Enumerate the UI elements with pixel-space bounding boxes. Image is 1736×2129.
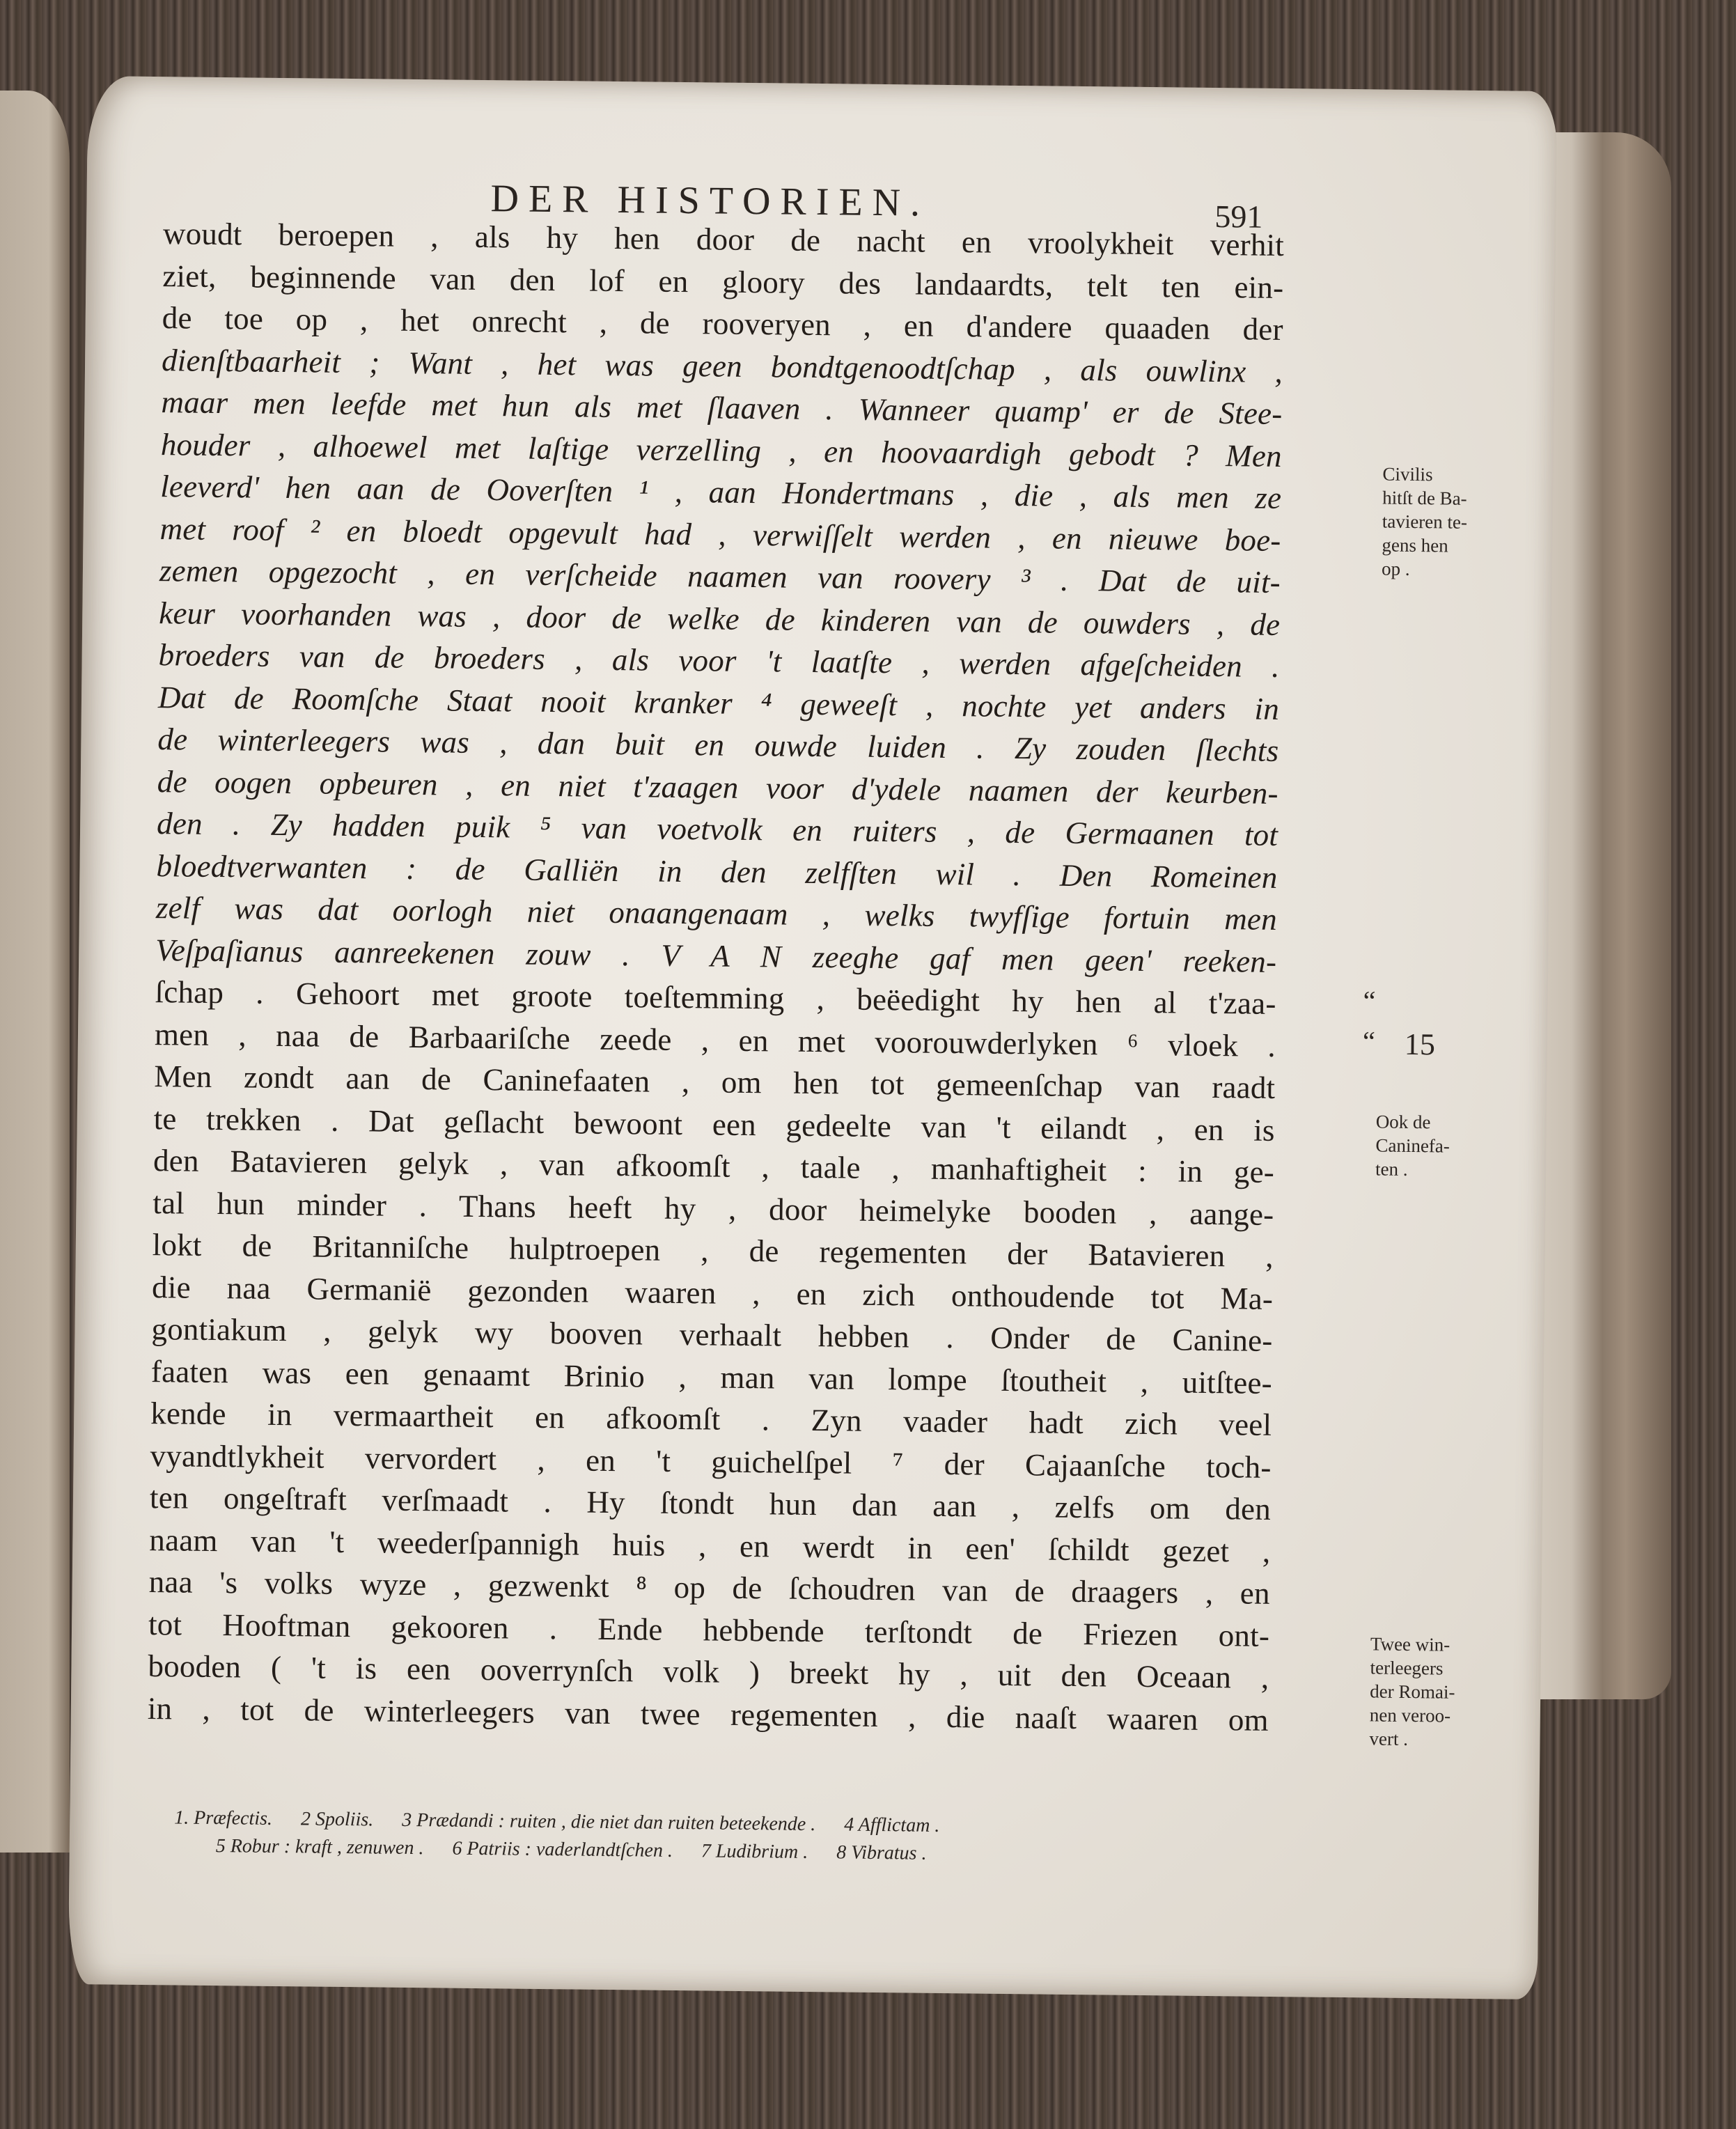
margin-note-line: Ook de — [1376, 1109, 1450, 1134]
margin-note-line: Civilis — [1382, 462, 1468, 487]
footnote: 8 Vibratus . — [836, 1841, 927, 1864]
margin-note-line: der Romai- — [1370, 1679, 1455, 1703]
quote-mark: “ — [1363, 1024, 1375, 1057]
footnote: 1. Præfectis. — [174, 1807, 272, 1829]
quote-mark: “ — [1363, 984, 1375, 1017]
footnote: 6 Patriis : vaderlandtſchen . — [452, 1838, 673, 1862]
margin-note-line: ten . — [1375, 1157, 1450, 1181]
book-page: DER HISTORIEN. 591 woudt beroepen , als … — [68, 76, 1558, 1999]
footnote: 2 Spoliis. — [301, 1808, 374, 1830]
footnote: 4 Afflictam . — [844, 1814, 939, 1836]
margin-note-line: vert . — [1369, 1726, 1455, 1751]
margin-note-civilis: Civilis hitſt de Ba- tavieren te- gens h… — [1382, 462, 1468, 582]
footnote: 5 Robur : kraft , zenuwen . — [216, 1835, 424, 1859]
body-text: woudt beroepen , als hy hen door de nach… — [148, 212, 1285, 1741]
footnotes: 1. Præfectis. 2 Spoliis. 3 Prædandi : ru… — [174, 1804, 1324, 1871]
margin-note-caninefaten: Ook de Caninefa- ten . — [1375, 1109, 1450, 1181]
margin-note-line: hitſt de Ba- — [1382, 486, 1468, 510]
margin-note-line: op . — [1382, 557, 1467, 582]
margin-notes: Civilis hitſt de Ba- tavieren te- gens h… — [1385, 226, 1524, 227]
margin-note-line: tavieren te- — [1382, 510, 1468, 534]
footnote: 7 Ludibrium . — [701, 1840, 808, 1863]
margin-note-line: Caninefa- — [1375, 1133, 1450, 1157]
margin-note-line: terleegers — [1370, 1655, 1455, 1680]
margin-note-line: Twee win- — [1370, 1632, 1456, 1656]
margin-note-line: nen veroo- — [1370, 1703, 1455, 1727]
footnote: 3 Prædandi : ruiten , die niet dan ruite… — [402, 1809, 815, 1835]
margin-note-line: gens hen — [1382, 533, 1467, 558]
margin-note-winterleegers: Twee win- terleegers der Romai- nen vero… — [1369, 1632, 1455, 1751]
photo-scene: DER HISTORIEN. 591 woudt beroepen , als … — [0, 0, 1736, 2129]
verse-number: 15 — [1405, 1027, 1436, 1062]
left-page-edge — [0, 91, 70, 1853]
